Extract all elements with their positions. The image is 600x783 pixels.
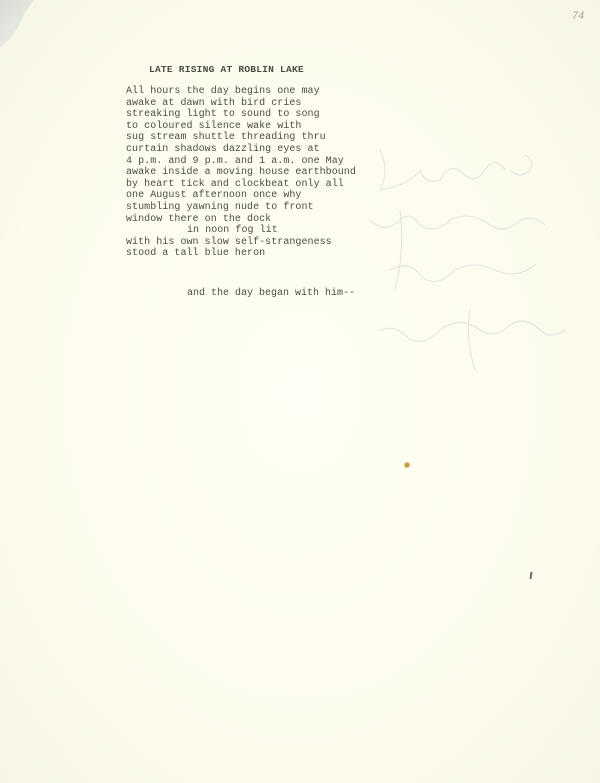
poem-line: curtain shadows dazzling eyes at	[126, 144, 356, 156]
poem-line: awake inside a moving house earthbound	[126, 167, 356, 179]
poem-line: sug stream shuttle threading thru	[126, 132, 356, 144]
poem-line: one August afternoon once why	[126, 190, 356, 202]
poem-line: streaking light to sound to song	[126, 109, 356, 121]
document-page: 74 LATE RISING AT ROBLIN LAKE All hours …	[0, 0, 600, 783]
poem-line: stumbling yawning nude to front	[126, 202, 356, 214]
poem-line: with his own slow self-strangeness	[126, 237, 356, 249]
stain-spot	[404, 462, 410, 468]
poem-line: awake at dawn with bird cries	[126, 98, 356, 110]
poem-line: stood a tall blue heron	[126, 248, 356, 260]
torn-corner	[0, 0, 34, 48]
poem-line: 4 p.m. and 9 p.m. and 1 a.m. one May	[126, 156, 356, 168]
poem-line: by heart tick and clockbeat only all	[126, 179, 356, 191]
poem-line: to coloured silence wake with	[126, 121, 356, 133]
poem-line: in noon fog lit	[126, 225, 356, 237]
ink-mark	[530, 572, 533, 579]
poem-title: LATE RISING AT ROBLIN LAKE	[149, 64, 304, 75]
poem-line: window there on the dock	[126, 214, 356, 226]
poem-closing-line: and the day began with him--	[187, 288, 355, 299]
poem-body: All hours the day begins one mayawake at…	[126, 86, 356, 260]
page-number: 74	[572, 10, 584, 22]
poem-line: All hours the day begins one may	[126, 86, 356, 98]
bleed-through-handwriting	[360, 130, 600, 390]
